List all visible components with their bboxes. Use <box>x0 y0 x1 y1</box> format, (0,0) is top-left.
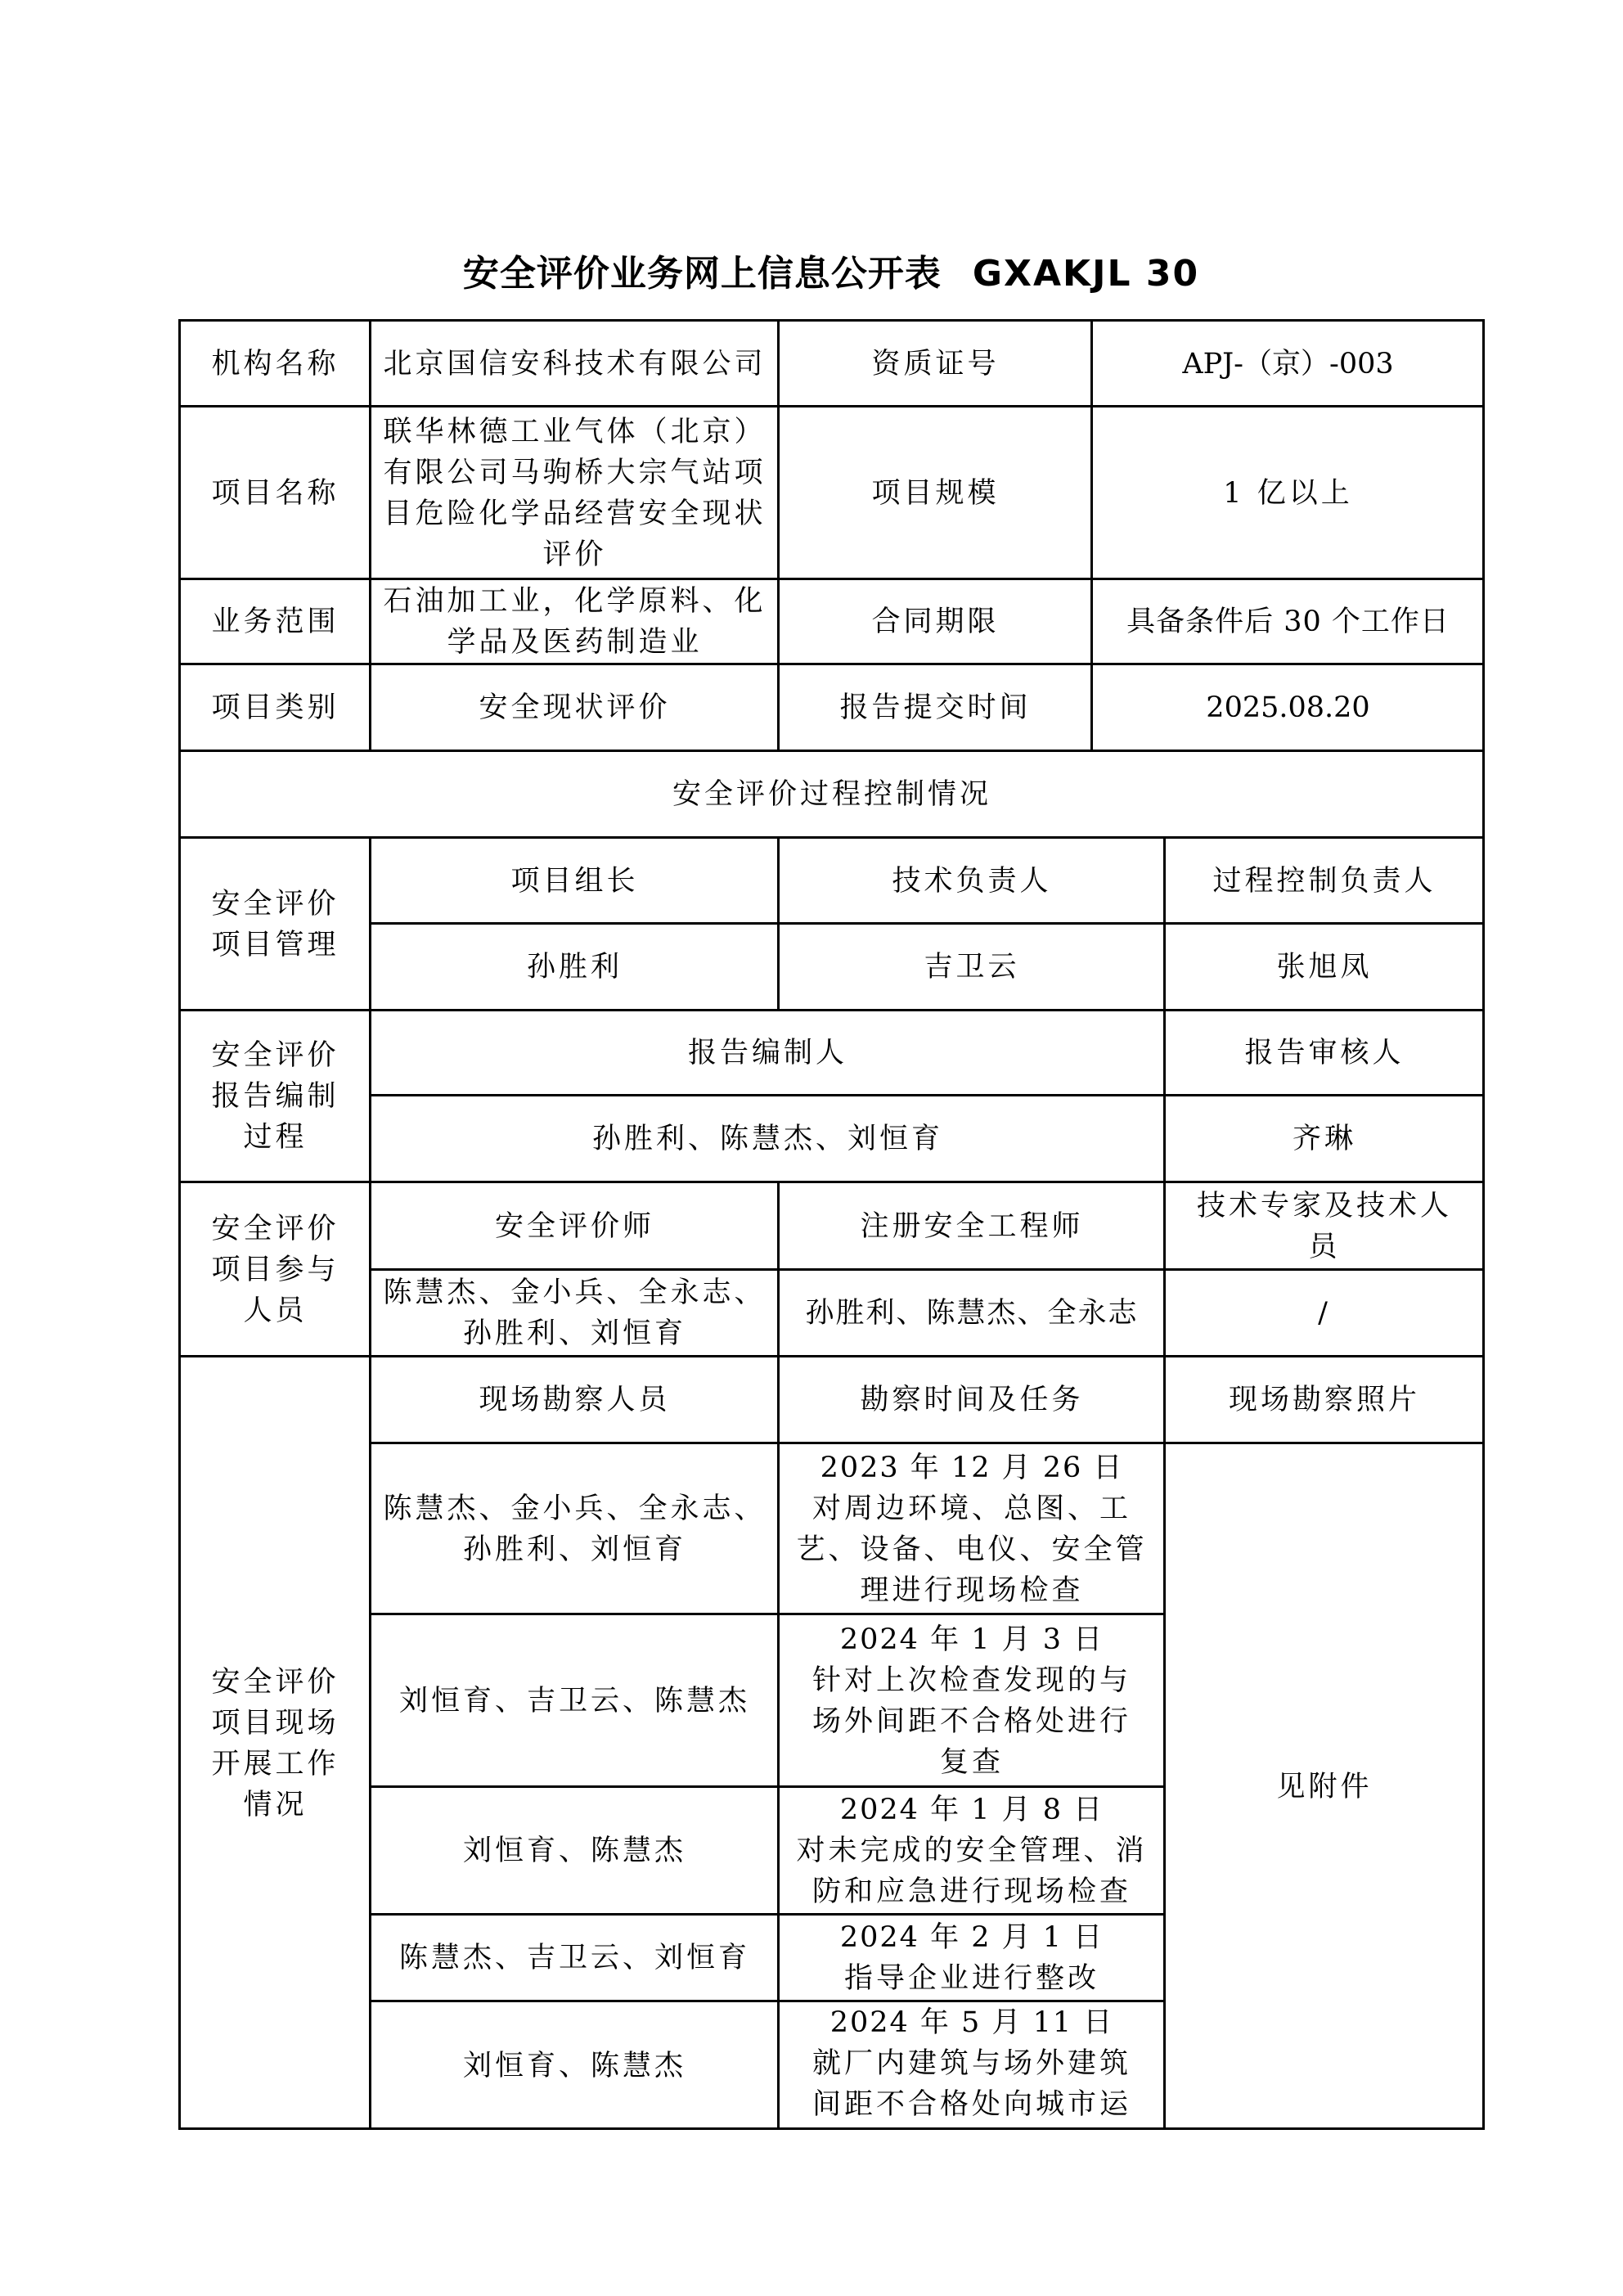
site-row-2-time-task: 2024 年 1 月 3 日针对上次检查发现的与场外间距不合格处进行复查 <box>780 1615 1164 1786</box>
site-row-1-staff: 陈慧杰、金小兵、全永志、孙胜利、刘恒育 <box>371 1444 778 1614</box>
management-label: 安全评价项目管理 <box>181 839 370 1010</box>
title-text: 安全评价业务网上信息公开表 <box>463 253 942 295</box>
row-divider-inner <box>370 1785 1166 1788</box>
participants-label-text: 安全评价项目参与人员 <box>205 1209 345 1331</box>
contract-term-label: 合同期限 <box>780 580 1091 664</box>
row-divider <box>179 836 1485 839</box>
header-text: 报告审核人 <box>1244 1033 1404 1074</box>
cert-no-text: APJ-（京）-003 <box>1182 344 1393 385</box>
row-divider-inner <box>370 1094 1485 1096</box>
business-scope-text: 石油加工业，化学原料、化学品及医药制造业 <box>383 581 767 663</box>
table-border-top <box>179 319 1485 322</box>
report-header-author: 报告编制人 <box>371 1011 1164 1095</box>
date-text: 2024 年 1 月 8 日 <box>788 1790 1156 1830</box>
report-value-reviewer: 齐琳 <box>1166 1096 1483 1182</box>
site-header-staff: 现场勘察人员 <box>371 1357 778 1443</box>
value-text: 张旭凤 <box>1276 947 1372 988</box>
col-divider <box>777 836 780 1011</box>
contract-term-label-text: 合同期限 <box>871 601 999 642</box>
row-divider <box>179 1181 1485 1183</box>
cert-no-label-text: 资质证号 <box>871 344 999 385</box>
contract-term-value: 具备条件后 30 个工作日 <box>1093 580 1483 664</box>
project-scale-value: 1 亿以上 <box>1093 407 1483 579</box>
project-name-text: 联华林德工业气体（北京）有限公司马驹桥大宗气站项目危险化学品经营安全现状评价 <box>383 412 767 575</box>
header-text: 过程控制负责人 <box>1212 861 1436 902</box>
header-text: 技术负责人 <box>892 861 1051 902</box>
management-value-process: 张旭凤 <box>1166 925 1483 1010</box>
staff-text: 刘恒育、吉卫云、陈慧杰 <box>399 1681 750 1722</box>
task-text: 就厂内建筑与场外建筑间距不合格处向城市运 <box>799 2043 1144 2125</box>
participants-value-evaluator: 陈慧杰、金小兵、全永志、孙胜利、刘恒育 <box>371 1271 778 1356</box>
management-header-leader: 项目组长 <box>371 839 778 923</box>
row-divider-inner <box>370 1268 1485 1271</box>
project-type-label: 项目类别 <box>181 665 370 750</box>
process-control-section-title: 安全评价过程控制情况 <box>181 752 1483 837</box>
date-text: 2024 年 2 月 1 日 <box>840 1917 1104 1958</box>
row-divider-inner <box>370 2000 1166 2002</box>
report-process-label-text: 安全评价报告编制过程 <box>205 1035 345 1158</box>
site-row-3-time-task: 2024 年 1 月 8 日对未完成的安全管理、消防和应急进行现场检查 <box>780 1788 1164 1914</box>
staff-text: 刘恒育、陈慧杰 <box>463 1830 686 1871</box>
value-text: 孙胜利、陈慧杰、全永志 <box>805 1293 1138 1334</box>
org-name-value: 北京国信安科技术有限公司 <box>371 322 778 406</box>
management-header-process: 过程控制负责人 <box>1166 839 1483 923</box>
table-border-bottom <box>179 2127 1485 2130</box>
management-label-text: 安全评价项目管理 <box>205 884 345 966</box>
site-row-2-staff: 刘恒育、吉卫云、陈慧杰 <box>371 1615 778 1786</box>
row-divider <box>179 578 1485 580</box>
site-header-photos: 现场勘察照片 <box>1166 1357 1483 1443</box>
value-text: 齐琳 <box>1293 1119 1356 1159</box>
section-title-text: 安全评价过程控制情况 <box>672 774 991 815</box>
row-divider <box>179 405 1485 407</box>
participants-label: 安全评价项目参与人员 <box>181 1183 370 1356</box>
site-row-1-time-task: 2023 年 12 月 26 日对周边环境、总图、工艺、设备、电仪、安全管理进行… <box>780 1444 1164 1614</box>
management-value-leader: 孙胜利 <box>371 925 778 1010</box>
business-scope-label-text: 业务范围 <box>211 601 339 642</box>
date-text: 2024 年 5 月 11 日 <box>799 2002 1144 2043</box>
participants-header-evaluator: 安全评价师 <box>371 1183 778 1269</box>
value-text: 孙胜利 <box>527 947 623 988</box>
table-border-right <box>1482 319 1485 2130</box>
date-text: 2024 年 1 月 3 日 <box>799 1619 1144 1660</box>
project-name-value: 联华林德工业气体（北京）有限公司马驹桥大宗气站项目危险化学品经营安全现状评价 <box>371 407 778 579</box>
participants-value-experts: / <box>1166 1271 1483 1356</box>
row-divider <box>179 663 1485 665</box>
col-divider <box>777 319 780 751</box>
col-divider <box>777 1181 780 2129</box>
org-name-text: 北京国信安科技术有限公司 <box>383 344 766 385</box>
site-work-label: 安全评价项目现场开展工作情况 <box>181 1357 370 2129</box>
header-text: 项目组长 <box>510 861 638 902</box>
site-work-label-text: 安全评价项目现场开展工作情况 <box>205 1662 345 1826</box>
col-divider <box>1090 319 1093 751</box>
task-text: 对周边环境、总图、工艺、设备、电仪、安全管理进行现场检查 <box>788 1488 1156 1611</box>
project-scale-text: 1 亿以上 <box>1223 473 1352 514</box>
task-text: 对未完成的安全管理、消防和应急进行现场检查 <box>788 1830 1156 1912</box>
header-text: 技术专家及技术人员 <box>1182 1186 1467 1267</box>
col-divider <box>1163 836 1166 2129</box>
report-date-label-text: 报告提交时间 <box>839 687 1031 728</box>
row-divider-inner <box>370 1613 1166 1615</box>
project-type-label-text: 项目类别 <box>211 687 339 728</box>
report-date-value: 2025.08.20 <box>1093 665 1483 750</box>
report-date-text: 2025.08.20 <box>1206 687 1369 728</box>
site-header-time-task: 勘察时间及任务 <box>780 1357 1164 1443</box>
project-scale-label: 项目规模 <box>780 407 1091 579</box>
cert-no-label: 资质证号 <box>780 322 1091 406</box>
business-scope-label: 业务范围 <box>181 580 370 664</box>
project-name-label-text: 项目名称 <box>211 473 339 514</box>
staff-text: 刘恒育、陈慧杰 <box>463 2046 686 2087</box>
photos-text: 见附件 <box>1276 1767 1372 1808</box>
business-scope-value: 石油加工业，化学原料、化学品及医药制造业 <box>371 580 778 664</box>
staff-text: 陈慧杰、吉卫云、刘恒育 <box>399 1938 750 1979</box>
participants-header-experts: 技术专家及技术人员 <box>1166 1183 1483 1269</box>
contract-term-text: 具备条件后 30 个工作日 <box>1126 601 1450 642</box>
header-text: 勘察时间及任务 <box>860 1380 1083 1420</box>
project-type-text: 安全现状评价 <box>479 687 670 728</box>
org-name-label: 机构名称 <box>181 322 370 406</box>
management-value-tech: 吉卫云 <box>780 925 1164 1010</box>
participants-value-engineer: 孙胜利、陈慧杰、全永志 <box>780 1271 1164 1356</box>
task-text: 指导企业进行整改 <box>840 1958 1104 1999</box>
task-text: 针对上次检查发现的与场外间距不合格处进行复查 <box>799 1660 1144 1783</box>
row-divider-inner <box>370 922 1485 925</box>
row-divider-inner <box>370 1913 1166 1916</box>
site-row-4-time-task: 2024 年 2 月 1 日指导企业进行整改 <box>780 1916 1164 2001</box>
report-date-label: 报告提交时间 <box>780 665 1091 750</box>
row-divider <box>179 1355 1485 1357</box>
staff-text: 陈慧杰、金小兵、全永志、孙胜利、刘恒育 <box>378 1488 771 1570</box>
date-text: 2023 年 12 月 26 日 <box>788 1447 1156 1488</box>
cert-no-value: APJ-（京）-003 <box>1093 322 1483 406</box>
report-value-author: 孙胜利、陈慧杰、刘恒育 <box>371 1096 1164 1182</box>
site-row-4-staff: 陈慧杰、吉卫云、刘恒育 <box>371 1916 778 2001</box>
project-type-value: 安全现状评价 <box>371 665 778 750</box>
value-text: 孙胜利、陈慧杰、刘恒育 <box>592 1119 943 1159</box>
report-header-reviewer: 报告审核人 <box>1166 1011 1483 1095</box>
site-row-5-staff: 刘恒育、陈慧杰 <box>371 2002 778 2129</box>
page-title: 安全评价业务网上信息公开表GXAKJL 30 <box>0 245 1623 303</box>
project-scale-label-text: 项目规模 <box>871 473 999 514</box>
col-divider <box>369 836 371 2129</box>
row-divider <box>179 1009 1485 1011</box>
header-text: 现场勘察照片 <box>1229 1380 1420 1420</box>
site-photos-value: 见附件 <box>1166 1444 1483 2129</box>
value-text: 陈慧杰、金小兵、全永志、孙胜利、刘恒育 <box>378 1272 771 1354</box>
row-divider <box>179 750 1485 752</box>
report-process-label: 安全评价报告编制过程 <box>181 1011 370 1182</box>
header-text: 安全评价师 <box>495 1206 654 1247</box>
site-row-3-staff: 刘恒育、陈慧杰 <box>371 1788 778 1914</box>
value-text: 吉卫云 <box>924 947 1019 988</box>
row-divider-inner <box>370 1442 1485 1444</box>
management-header-tech: 技术负责人 <box>780 839 1164 923</box>
table-border-left <box>178 319 181 2130</box>
header-text: 注册安全工程师 <box>860 1206 1083 1247</box>
header-text: 现场勘察人员 <box>479 1380 670 1420</box>
participants-header-engineer: 注册安全工程师 <box>780 1183 1164 1269</box>
form-code: GXAKJL 30 <box>973 253 1199 295</box>
site-row-5-time-task: 2024 年 5 月 11 日就厂内建筑与场外建筑间距不合格处向城市运 <box>780 2002 1164 2129</box>
header-text: 报告编制人 <box>688 1033 847 1074</box>
col-divider <box>369 319 371 751</box>
value-text: / <box>1318 1293 1331 1334</box>
org-name-label-text: 机构名称 <box>211 344 339 385</box>
project-name-label: 项目名称 <box>181 407 370 579</box>
